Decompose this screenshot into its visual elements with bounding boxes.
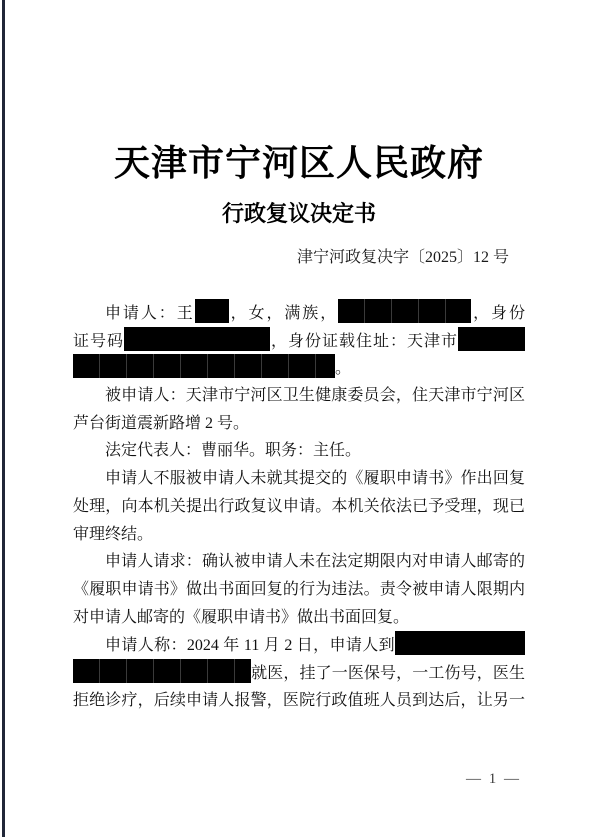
redaction-block xyxy=(458,327,525,351)
text-run: 处理，向本机关提出行政复议申请。本机关依法已予受理，现已 xyxy=(73,498,525,515)
body-line: 申请人：王，女，满族，，身份 xyxy=(73,299,525,327)
body-line: 芦台街道震新路增 2 号。 xyxy=(73,410,525,438)
text-run: ，身份证载住址：天津市 xyxy=(270,333,458,350)
body-line: 申请人称：2024 年 11 月 2 日，申请人到 xyxy=(73,631,525,659)
text-run: 申请人：王 xyxy=(105,305,195,322)
text-run: 审理终结。 xyxy=(73,526,153,543)
body-line: 证号码，身份证载住址：天津市 xyxy=(73,327,525,355)
text-run: ，女，满族， xyxy=(229,305,339,322)
document-page: 天津市宁河区人民政府 行政复议决定书 津宁河政复决字〔2025〕12 号 申请人… xyxy=(0,0,594,837)
redaction-block xyxy=(73,354,335,378)
document-content: 天津市宁河区人民政府 行政复议决定书 津宁河政复决字〔2025〕12 号 申请人… xyxy=(73,0,525,789)
body-line: 法定代表人：曹丽华。职务：主任。 xyxy=(73,437,525,465)
text-run: 证号码 xyxy=(73,333,124,350)
body-line: 申请人不服被申请人未就其提交的《履职申请书》作出回复 xyxy=(73,465,525,493)
document-number: 津宁河政复决字〔2025〕12 号 xyxy=(73,247,525,269)
scan-edge-artifact xyxy=(2,0,5,837)
document-body: 申请人：王，女，满族，，身份证号码，身份证载住址：天津市。被申请人：天津市宁河区… xyxy=(73,299,525,714)
body-line: 对申请人邮寄的《履职申请书》做出书面回复。 xyxy=(73,604,525,632)
body-line: 申请人请求：确认被申请人未在法定期限内对申请人邮寄的 xyxy=(73,548,525,576)
text-run: 申请人请求：确认被申请人未在法定期限内对申请人邮寄的 xyxy=(105,553,525,570)
text-run: ，身份 xyxy=(471,305,525,322)
document-type-title: 行政复议决定书 xyxy=(73,199,525,229)
body-line: 《履职申请书》做出书面回复的行为违法。责令被申请人限期内 xyxy=(73,576,525,604)
body-line: 处理，向本机关提出行政复议申请。本机关依法已予受理，现已 xyxy=(73,493,525,521)
page-number: — 1 — xyxy=(73,769,525,789)
text-run: 申请人不服被申请人未就其提交的《履职申请书》作出回复 xyxy=(105,470,525,487)
redaction-block xyxy=(124,327,270,351)
body-line: 被申请人：天津市宁河区卫生健康委员会，住天津市宁河区 xyxy=(73,382,525,410)
text-run: 。 xyxy=(335,360,351,377)
redaction-block xyxy=(338,299,471,323)
body-line: 拒绝诊疗，后续申请人报警，医院行政值班人员到达后，让另一 xyxy=(73,687,525,715)
text-run: 芦台街道震新路增 2 号。 xyxy=(73,415,249,432)
body-line: 。 xyxy=(73,354,525,382)
redaction-block xyxy=(73,659,251,683)
text-run: 对申请人邮寄的《履职申请书》做出书面回复。 xyxy=(73,609,409,626)
text-run: 拒绝诊疗，后续申请人报警，医院行政值班人员到达后，让另一 xyxy=(73,692,525,709)
redaction-block xyxy=(195,299,229,323)
text-run: 申请人称：2024 年 11 月 2 日，申请人到 xyxy=(105,637,395,654)
text-run: 被申请人：天津市宁河区卫生健康委员会，住天津市宁河区 xyxy=(105,387,525,404)
redaction-block xyxy=(395,631,525,655)
issuing-authority-title: 天津市宁河区人民政府 xyxy=(73,141,525,185)
body-line: 审理终结。 xyxy=(73,521,525,549)
text-run: 《履职申请书》做出书面回复的行为违法。责令被申请人限期内 xyxy=(73,581,525,598)
text-run: 就医，挂了一医保号，一工伤号，医生 xyxy=(251,665,525,682)
body-line: 就医，挂了一医保号，一工伤号，医生 xyxy=(73,659,525,687)
text-run: 法定代表人：曹丽华。职务：主任。 xyxy=(105,442,361,459)
